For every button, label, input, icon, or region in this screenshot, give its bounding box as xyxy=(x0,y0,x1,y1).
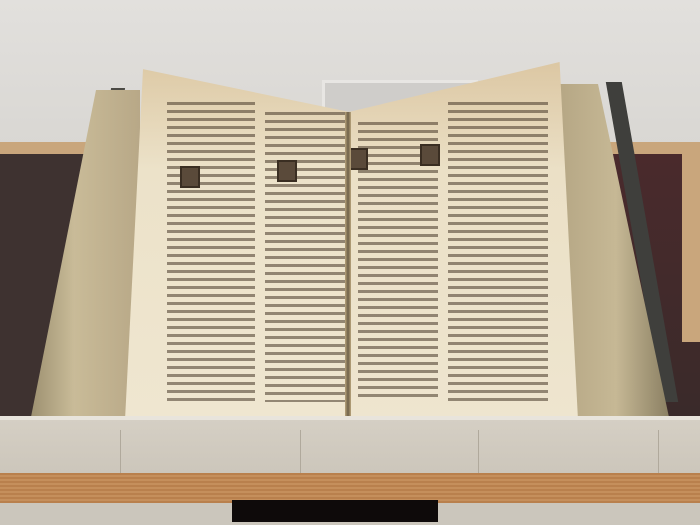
tile-seam xyxy=(120,430,121,475)
display-stand-base xyxy=(232,500,438,522)
decorated-initial xyxy=(180,166,200,188)
tile-seam xyxy=(478,430,479,475)
decorated-initial xyxy=(277,160,297,182)
decorated-initial xyxy=(348,148,368,170)
page-block-left-edge xyxy=(30,90,140,422)
left-page xyxy=(125,62,350,420)
glass-case-ledge xyxy=(0,416,700,480)
case-frame-post xyxy=(682,142,700,342)
left-page-column-1 xyxy=(167,102,255,402)
decorated-initial xyxy=(420,144,440,166)
tile-seam xyxy=(658,430,659,475)
open-book xyxy=(30,62,670,422)
left-page-column-2 xyxy=(265,112,345,402)
wooden-rail xyxy=(0,473,700,503)
book-gutter xyxy=(345,112,351,420)
right-page xyxy=(348,62,578,420)
right-page-column-2 xyxy=(448,102,548,402)
tile-seam xyxy=(300,430,301,475)
